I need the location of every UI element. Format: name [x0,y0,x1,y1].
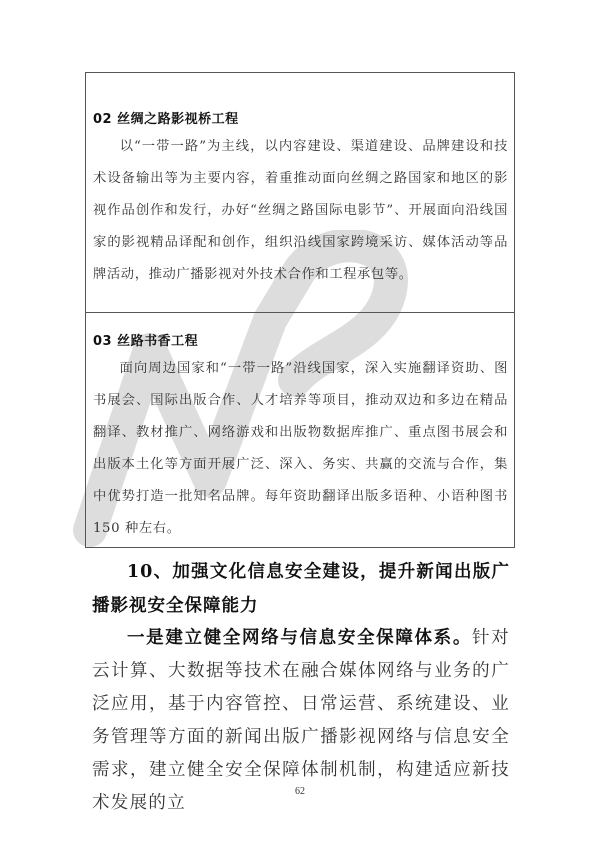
section-body: 以“一带一路”为主线，以内容建设、渠道建设、品牌建设和技术设备输出等为主要内容，… [93,131,508,291]
page-number: 62 [0,786,600,797]
project-box: 02 丝绸之路影视桥工程 以“一带一路”为主线，以内容建设、渠道建设、品牌建设和… [85,72,515,548]
section-title: 02 丝绸之路影视桥工程 [93,108,508,127]
section-body: 面向周边国家和“一带一路”沿线国家，深入实施翻译资助、图书展会、国际出版合作、人… [93,353,508,545]
document-page: 02 丝绸之路影视桥工程 以“一带一路”为主线，以内容建设、渠道建设、品牌建设和… [0,0,600,848]
section-title: 03 丝路书香工程 [93,330,508,349]
box-section-silk-road-books: 03 丝路书香工程 面向周边国家和“一带一路”沿线国家，深入实施翻译资助、图书展… [86,313,514,549]
paragraph-lead: 一是建立健全网络与信息安全保障体系。 [127,628,472,648]
box-section-silk-road-film-bridge: 02 丝绸之路影视桥工程 以“一带一路”为主线，以内容建设、渠道建设、品牌建设和… [86,73,514,313]
section-heading: 10、加强文化信息安全建设，提升新闻出版广播影视安全保障能力 [92,555,510,623]
